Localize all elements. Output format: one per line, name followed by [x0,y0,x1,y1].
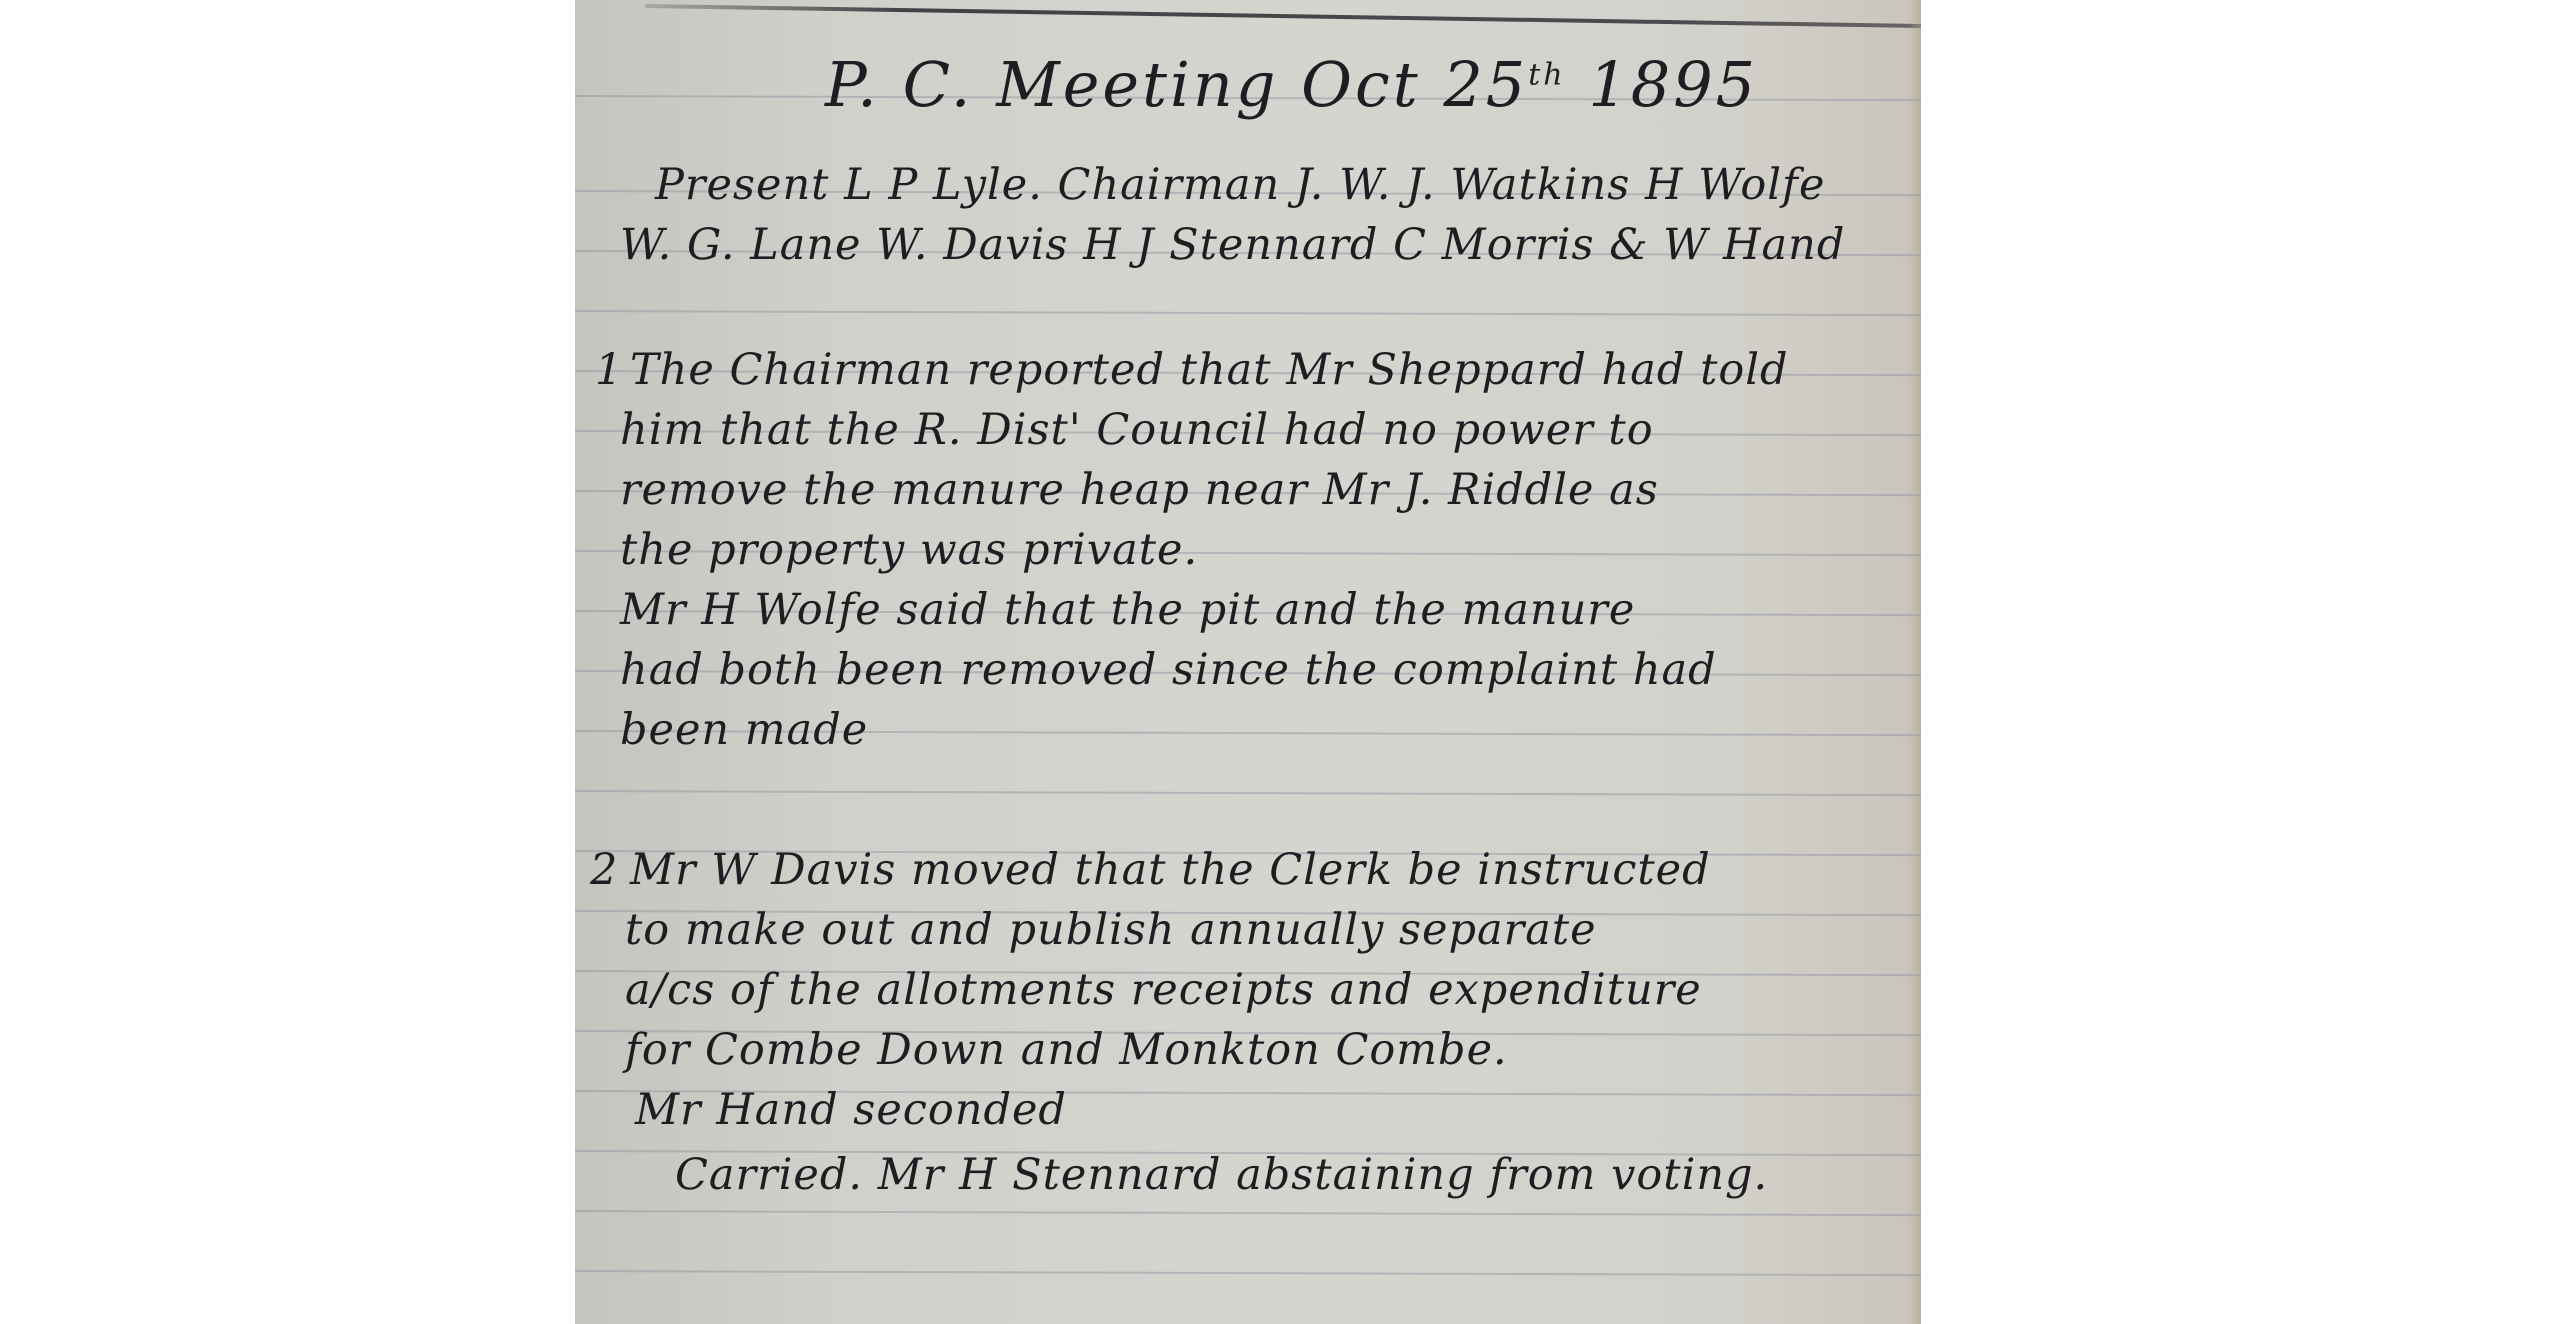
meeting-title: P. C. Meeting Oct 25th 1895 [825,48,1758,121]
ruled-line [575,790,1921,796]
item-2-line-6: Carried. Mr H Stennard abstaining from v… [675,1150,1768,1200]
item-1-line-2: him that the R. Dist' Council had no pow… [620,405,1654,455]
item-1-line-3: remove the manure heap near Mr J. Riddle… [620,465,1659,515]
item-1-line-1: The Chairman reported that Mr Sheppard h… [630,345,1789,395]
title-text: P. C. Meeting Oct 25 [825,48,1528,121]
item-2-line-4: for Combe Down and Monkton Combe. [625,1025,1508,1075]
item-2-line-5: Mr Hand seconded [635,1085,1067,1135]
item-1-number: 1 [595,345,623,395]
item-2-line-3: a/cs of the allotments receipts and expe… [625,965,1702,1015]
present-line-2: W. G. Lane W. Davis H J Stennard C Morri… [620,220,1845,270]
ruled-line [575,1270,1921,1276]
ruled-line [575,1210,1921,1216]
present-line-1: Present L P Lyle. Chairman J. W. J. Watk… [655,160,1825,210]
minutes-page: P. C. Meeting Oct 25th 1895 Present L P … [575,0,1921,1324]
top-ink-rule [645,4,1921,28]
item-1-line-6: had both been removed since the complain… [620,645,1717,695]
item-2-line-2: to make out and publish annually separat… [625,905,1597,955]
item-1-line-4: the property was private. [620,525,1198,575]
item-2-number: 2 [590,845,618,895]
title-ordinal: th [1528,57,1565,92]
title-year: 1895 [1588,48,1758,121]
item-2-line-1: Mr W Davis moved that the Clerk be instr… [630,845,1711,895]
item-1-line-5: Mr H Wolfe said that the pit and the man… [620,585,1635,635]
ruled-line [575,310,1921,316]
item-1-line-7: been made [620,705,868,755]
